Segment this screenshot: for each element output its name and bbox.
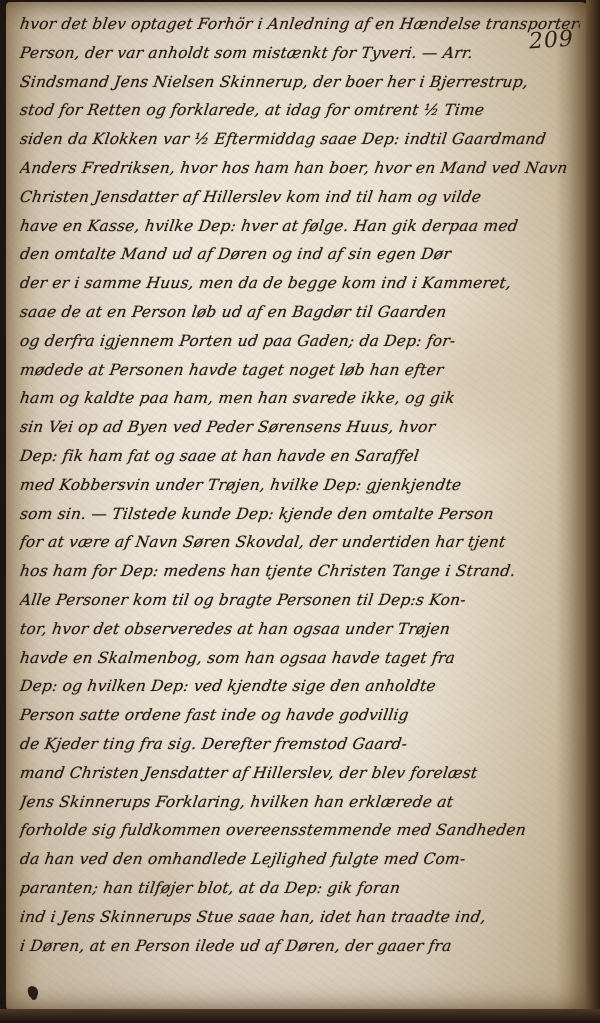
- scanned-document: 209 hvor det blev optaget Forhör i Anled…: [0, 0, 600, 1023]
- text-line: Person, der var anholdt som mistænkt for…: [18, 39, 582, 68]
- text-line: havde en Skalmenbog, som han ogsaa havde…: [18, 644, 582, 673]
- text-line: som sin. — Tilstede kunde Dep: kjende de…: [18, 500, 582, 529]
- text-line: ham og kaldte paa ham, men han svarede i…: [18, 384, 582, 413]
- book-edge-bottom: [0, 1009, 600, 1023]
- text-line: Sindsmand Jens Nielsen Skinnerup, der bo…: [18, 68, 582, 97]
- text-line: Person satte ordene fast inde og havde g…: [18, 701, 582, 730]
- text-line: med Kobbersvin under Trøjen, hvilke Dep:…: [18, 471, 582, 500]
- text-line: [18, 960, 582, 989]
- text-line: hvor det blev optaget Forhör i Anledning…: [18, 10, 582, 39]
- handwritten-text-body: hvor det blev optaget Forhör i Anledning…: [20, 10, 580, 989]
- text-line: paranten; han tilføjer blot, at da Dep: …: [18, 874, 582, 903]
- text-line: Jens Skinnerups Forklaring, hvilken han …: [18, 788, 582, 817]
- text-line: sin Vei op ad Byen ved Peder Sørensens H…: [18, 413, 582, 442]
- text-line: Dep: og hvilken Dep: ved kjendte sige de…: [18, 672, 582, 701]
- text-line: ind i Jens Skinnerups Stue saae han, ide…: [18, 903, 582, 932]
- text-line: den omtalte Mand ud af Døren og ind af s…: [18, 240, 582, 269]
- text-line: da han ved den omhandlede Lejlighed fulg…: [18, 845, 582, 874]
- text-line: hos ham for Dep: medens han tjente Chris…: [18, 557, 582, 586]
- text-line: mand Christen Jensdatter af Hillerslev, …: [18, 759, 582, 788]
- text-line: forholde sig fuldkommen overeensstemmend…: [18, 816, 582, 845]
- text-line: mødede at Personen havde taget noget løb…: [18, 356, 582, 385]
- text-line: der er i samme Huus, men da de begge kom…: [18, 269, 582, 298]
- text-line: i Døren, at en Person ilede ud af Døren,…: [18, 932, 582, 961]
- text-line: for at være af Navn Søren Skovdal, der u…: [18, 528, 582, 557]
- text-line: Christen Jensdatter af Hillerslev kom in…: [18, 183, 582, 212]
- text-line: siden da Klokken var ½ Eftermiddag saae …: [18, 125, 582, 154]
- text-line: tor, hvor det observeredes at han ogsaa …: [18, 615, 582, 644]
- text-line: og derfra igjennem Porten ud paa Gaden; …: [18, 327, 582, 356]
- text-line: stod for Retten og forklarede, at idag f…: [18, 96, 582, 125]
- book-edge-right: [586, 0, 600, 1023]
- text-line: Alle Personer kom til og bragte Personen…: [18, 586, 582, 615]
- text-line: Anders Fredriksen, hvor hos ham han boer…: [18, 154, 582, 183]
- text-line: de Kjeder ting fra sig. Derefter fremsto…: [18, 730, 582, 759]
- manuscript-page: 209 hvor det blev optaget Forhör i Anled…: [6, 2, 590, 1010]
- text-line: saae de at en Person løb ud af en Bagdør…: [18, 298, 582, 327]
- text-line: have en Kasse, hvilke Dep: hver at følge…: [18, 212, 582, 241]
- text-line: Dep: fik ham fat og saae at han havde en…: [18, 442, 582, 471]
